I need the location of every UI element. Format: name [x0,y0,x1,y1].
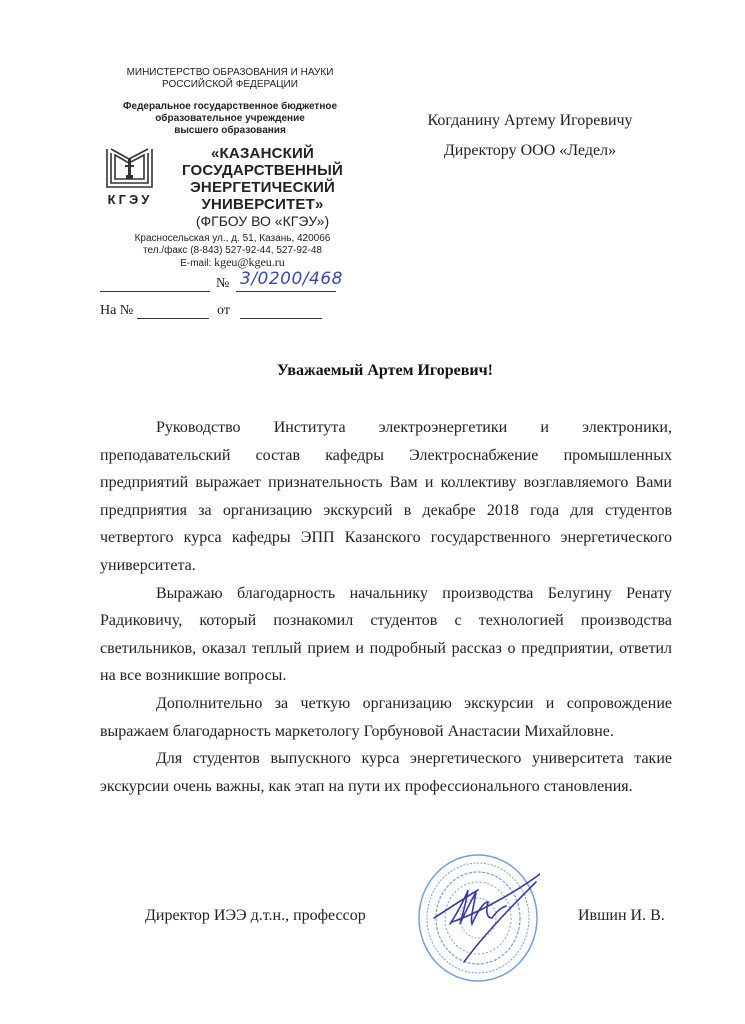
paragraph-production-head: Выражаю благодарность начальнику произво… [100,580,672,690]
institution-type-line-1: Федеральное государственное бюджетное [90,101,370,113]
official-stamp [416,852,540,984]
paragraph-marketer: Дополнительно за четкую организацию экск… [100,690,672,745]
paragraph-importance: Для студентов выпускного курса энергетич… [100,745,672,800]
institution-type-line-2: образовательное учреждение [90,113,370,125]
email-link[interactable]: kgeu@kgeu.ru [214,255,285,269]
email-label: E-mail: [180,258,211,269]
book-tower-logo-icon [102,145,157,193]
logo-caption: КГЭУ [100,192,160,207]
letter-body: Руководство Института электроэнергетики … [100,414,672,800]
round-seal-icon [416,852,540,984]
number-label: № [216,276,229,292]
reply-number-line [137,318,209,319]
outgoing-date-line [100,291,210,292]
from-label: от [217,303,230,319]
signatory-name: Ившин И. В. [578,907,665,925]
recipient-name: Когданину Артему Игоревичу [395,106,665,136]
university-name-line-4: УНИВЕРСИТЕТ» [165,196,360,213]
greeting: Уважаемый Артем Игоревич! [100,362,670,380]
university-short-name: (ФГБОУ ВО «КГЭУ») [165,213,360,229]
number-line [236,291,336,292]
address: Красносельская ул., д. 51, Казань, 42006… [95,233,370,246]
ministry-line-2: РОССИЙСКОЙ ФЕДЕРАЦИИ [95,79,365,91]
university-name-line-3: ЭНЕРГЕТИЧЕСКИЙ [165,179,360,196]
handwritten-number: 3/0200/468 [240,269,343,289]
university-name-line-1: «КАЗАНСКИЙ [165,145,360,162]
university-name-line-2: ГОСУДАРСТВЕННЫЙ [165,162,360,179]
ministry-line-1: МИНИСТЕРСТВО ОБРАЗОВАНИЯ И НАУКИ [95,67,365,79]
signatory-position: Директор ИЭЭ д.т.н., профессор [145,907,366,925]
institution-type-line-3: высшего образования [90,125,370,137]
reply-label: На № [100,303,133,319]
reply-date-line [240,318,322,319]
paragraph-gratitude: Руководство Института электроэнергетики … [100,414,672,580]
recipient-position: Директору ООО «Ледел» [395,136,665,166]
university-logo [102,145,157,193]
